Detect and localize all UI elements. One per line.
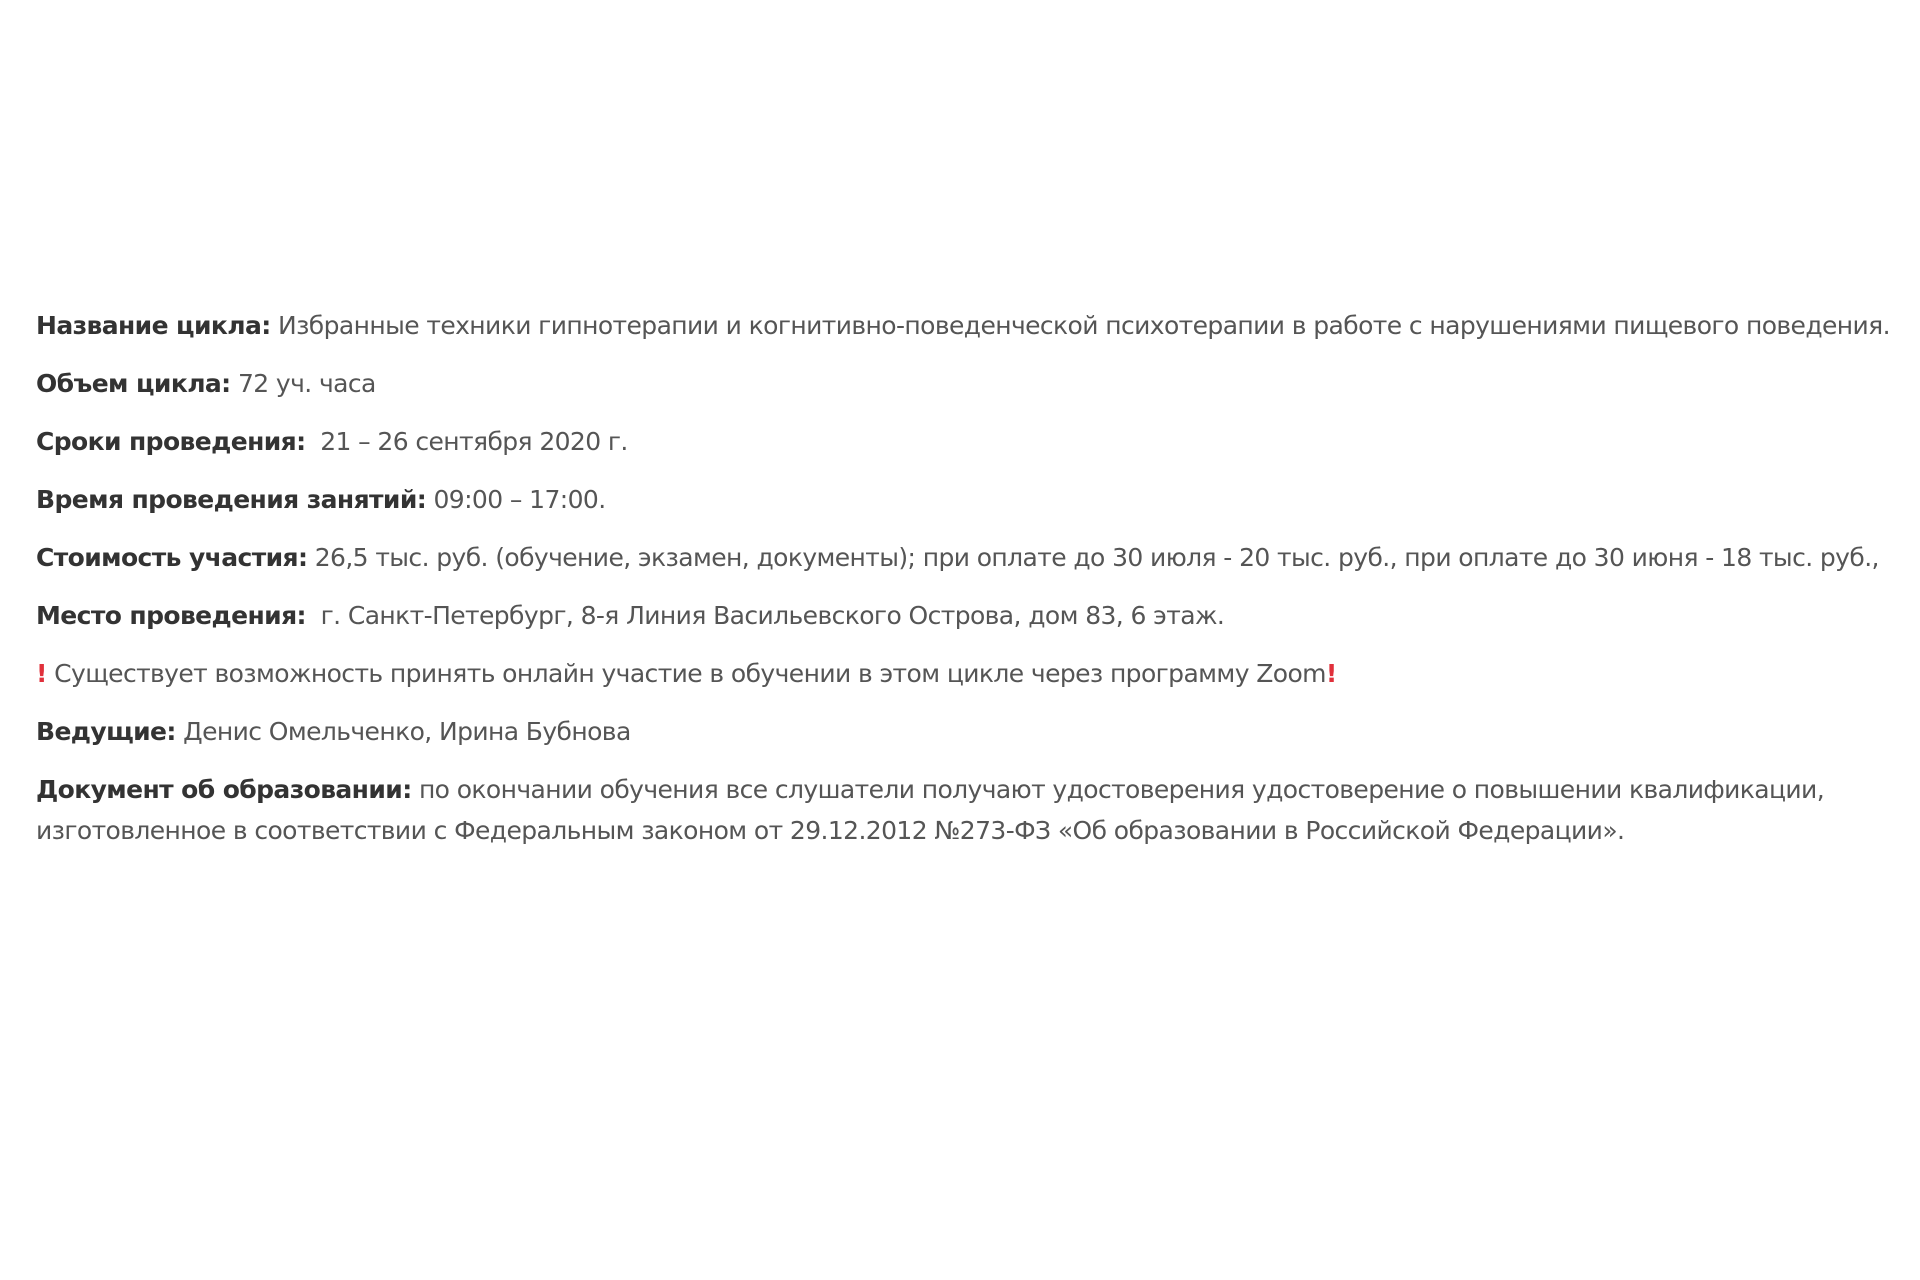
field-course-volume: Объем цикла: 72 уч. часа — [36, 363, 1916, 404]
field-value: 09:00 – 17:00. — [426, 485, 605, 514]
field-location: Место проведения: г. Санкт-Петербург, 8-… — [36, 595, 1916, 636]
field-value: 26,5 тыс. руб. (обучение, экзамен, докум… — [307, 543, 1879, 572]
exclamation-icon: ! — [1326, 659, 1337, 688]
field-class-time: Время проведения занятий: 09:00 – 17:00. — [36, 479, 1916, 520]
field-hosts: Ведущие: Денис Омельченко, Ирина Бубнова — [36, 711, 1916, 752]
field-dates: Сроки проведения: 21 – 26 сентября 2020 … — [36, 421, 1916, 462]
field-value: Избранные техники гипнотерапии и когнити… — [271, 311, 1890, 340]
field-label: Ведущие: — [36, 717, 176, 746]
field-label: Место проведения: — [36, 601, 306, 630]
notice-text: Существует возможность принять онлайн уч… — [47, 659, 1326, 688]
field-value: Денис Омельченко, Ирина Бубнова — [176, 717, 631, 746]
zoom-notice: ! Существует возможность принять онлайн … — [36, 653, 1916, 694]
field-value: 72 уч. часа — [231, 369, 376, 398]
field-label: Объем цикла: — [36, 369, 231, 398]
field-label: Документ об образовании: — [36, 775, 412, 804]
field-cost: Стоимость участия: 26,5 тыс. руб. (обуче… — [36, 537, 1916, 578]
field-course-name: Название цикла: Избранные техники гипнот… — [36, 305, 1916, 346]
field-education-document: Документ об образовании: по окончании об… — [36, 769, 1916, 851]
field-label: Название цикла: — [36, 311, 271, 340]
field-label: Стоимость участия: — [36, 543, 307, 572]
course-info: Название цикла: Избранные техники гипнот… — [36, 305, 1916, 868]
field-label: Сроки проведения: — [36, 427, 306, 456]
field-value: г. Санкт-Петербург, 8-я Линия Васильевск… — [306, 601, 1224, 630]
exclamation-icon: ! — [36, 659, 47, 688]
field-label: Время проведения занятий: — [36, 485, 426, 514]
field-value: 21 – 26 сентября 2020 г. — [306, 427, 628, 456]
